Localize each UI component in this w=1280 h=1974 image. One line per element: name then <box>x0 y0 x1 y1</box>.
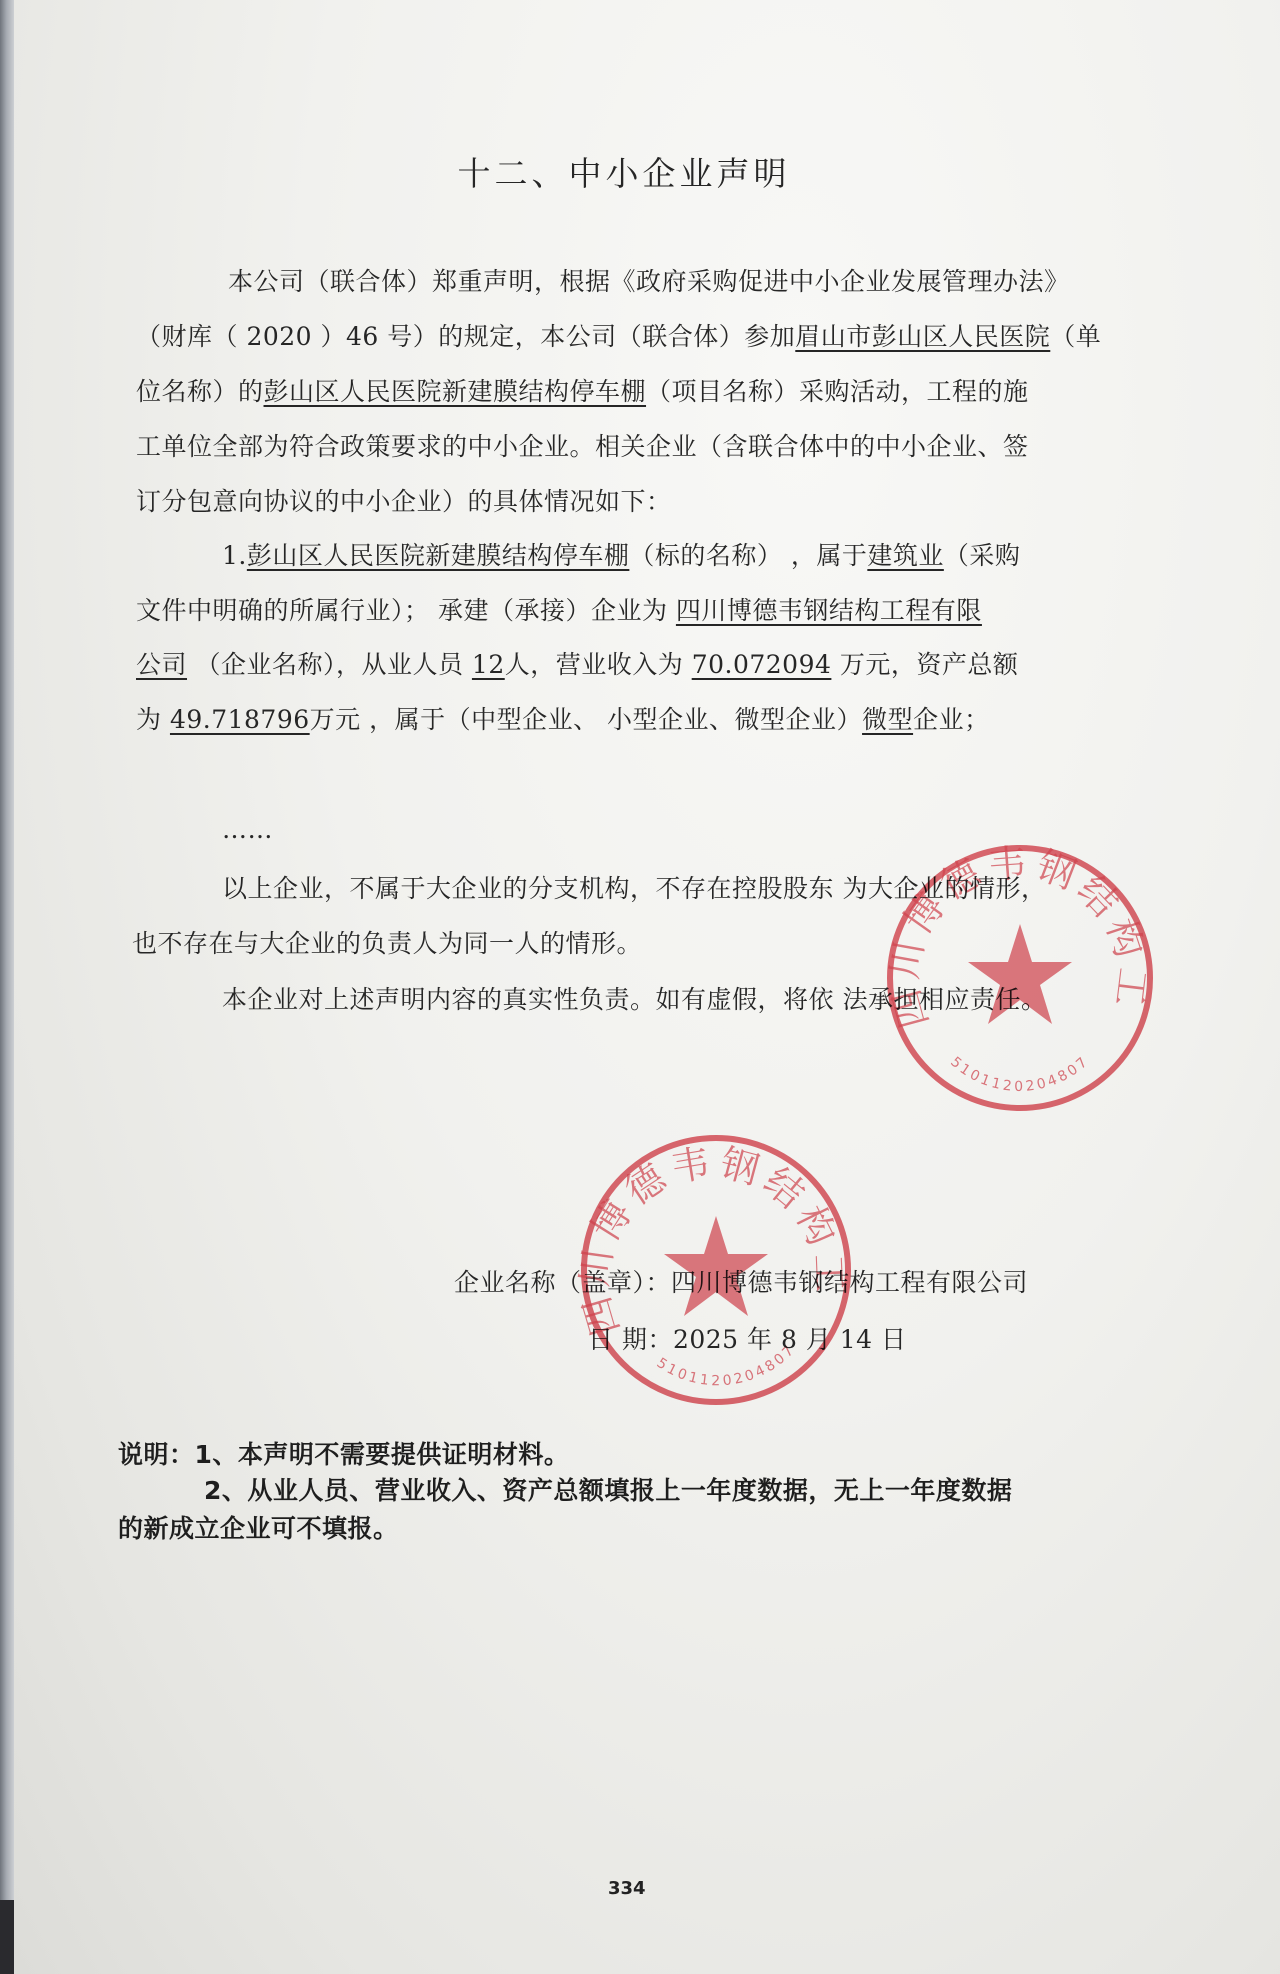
paragraph-2-line-2: 也不存在与大企业的负责人为同一人的情形。 <box>132 929 642 959</box>
date-label: 日 期： <box>588 1325 673 1354</box>
page-title: 十二、中小企业声明 <box>14 148 1234 195</box>
paragraph-1-line-5: 订分包意向协议的中小企业）的具体情况如下： <box>136 487 672 517</box>
text: 为 <box>136 705 170 734</box>
assets: 49.718796 <box>170 705 310 734</box>
item-1-line-2: 文件中明确的所属行业）； 承建（承接）企业为 四川博德韦钢结构工程有限 <box>136 596 982 626</box>
text: （项目名称）采购活动，工程的施 <box>646 377 1029 406</box>
text: 人，营业收入为 <box>505 650 692 679</box>
page-number: 334 <box>608 1878 646 1899</box>
text: 企业； <box>913 705 990 734</box>
text: 万元，资产总额 <box>831 650 1018 679</box>
item-number: 1. <box>222 541 247 570</box>
paragraph-1-line-4: 工单位全部为符合政策要求的中小企业。相关企业（含联合体中的中小企业、签 <box>136 432 1029 462</box>
company-name: 四川博德韦钢结构工程有限公司 <box>671 1268 1028 1297</box>
revenue: 70.072094 <box>692 650 832 679</box>
unit-name: 眉山市彭山区人民医院 <box>795 322 1050 351</box>
item-1-line-3: 公司 （企业名称），从业人员 12人，营业收入为 70.072094 万元，资产… <box>136 650 1018 680</box>
item-1-line-1: 1.彭山区人民医院新建膜结构停车棚（标的名称） ，属于建筑业（采购 <box>222 541 1020 571</box>
paragraph-1-line-1: 本公司（联合体）郑重声明，根据《政府采购促进中小企业发展管理办法》 <box>228 267 1070 297</box>
text: （财库（ 2020 ）46 号）的规定，本公司（联合体）参加 <box>136 322 795 351</box>
signature-date: 日 期：2025 年 8 月 14 日 <box>588 1325 907 1355</box>
text: 文件中明确的所属行业）； 承建（承接）企业为 <box>136 596 676 625</box>
project-name: 彭山区人民医院新建膜结构停车棚 <box>264 377 647 406</box>
company-label: 企业名称（盖章）： <box>454 1268 671 1297</box>
signature-company: 企业名称（盖章）：四川博德韦钢结构工程有限公司 <box>454 1268 1028 1298</box>
ellipsis: …… <box>222 815 273 845</box>
notes-line-2: 2、从业人员、营业收入、资产总额填报上一年度数据，无上一年度数据 <box>204 1476 1012 1506</box>
text: （企业名称），从业人员 <box>187 650 472 679</box>
paragraph-3: 本企业对上述声明内容的真实性负责。如有虚假，将依 法承担相应责任。 <box>222 985 1046 1015</box>
text: （单 <box>1050 322 1101 351</box>
text: （标的名称） ，属于 <box>629 541 867 570</box>
text: 位名称）的 <box>136 377 264 406</box>
note-1: 1、本声明不需要提供证明材料。 <box>195 1440 570 1469</box>
text: （采购 <box>944 541 1021 570</box>
company-name: 四川博德韦钢结构工程有限 <box>676 596 982 625</box>
paragraph-1-line-3: 位名称）的彭山区人民医院新建膜结构停车棚（项目名称）采购活动，工程的施 <box>136 377 1029 407</box>
employees: 12 <box>472 650 505 679</box>
notes-line-1: 说明：1、本声明不需要提供证明材料。 <box>118 1440 569 1470</box>
date-value: 2025 年 8 月 14 日 <box>673 1325 907 1354</box>
paragraph-1-line-2: （财库（ 2020 ）46 号）的规定，本公司（联合体）参加眉山市彭山区人民医院… <box>136 322 1101 352</box>
notes-line-3: 的新成立企业可不填报。 <box>118 1514 399 1544</box>
notes-label: 说明： <box>118 1440 195 1469</box>
binding-edge <box>0 1900 14 1974</box>
document-page: 十二、中小企业声明 本公司（联合体）郑重声明，根据《政府采购促进中小企业发展管理… <box>14 0 1280 1974</box>
paragraph-2-line-1: 以上企业，不属于大企业的分支机构，不存在控股股东 为大企业的情形， <box>222 874 1046 904</box>
industry: 建筑业 <box>867 541 944 570</box>
lot-name: 彭山区人民医院新建膜结构停车棚 <box>247 541 630 570</box>
enterprise-size: 微型 <box>862 705 913 734</box>
company-name-cont: 公司 <box>136 650 187 679</box>
text: 万元 ，属于（中型企业、 小型企业、微型企业） <box>310 705 862 734</box>
item-1-line-4: 为 49.718796万元 ，属于（中型企业、 小型企业、微型企业）微型企业； <box>136 705 990 735</box>
